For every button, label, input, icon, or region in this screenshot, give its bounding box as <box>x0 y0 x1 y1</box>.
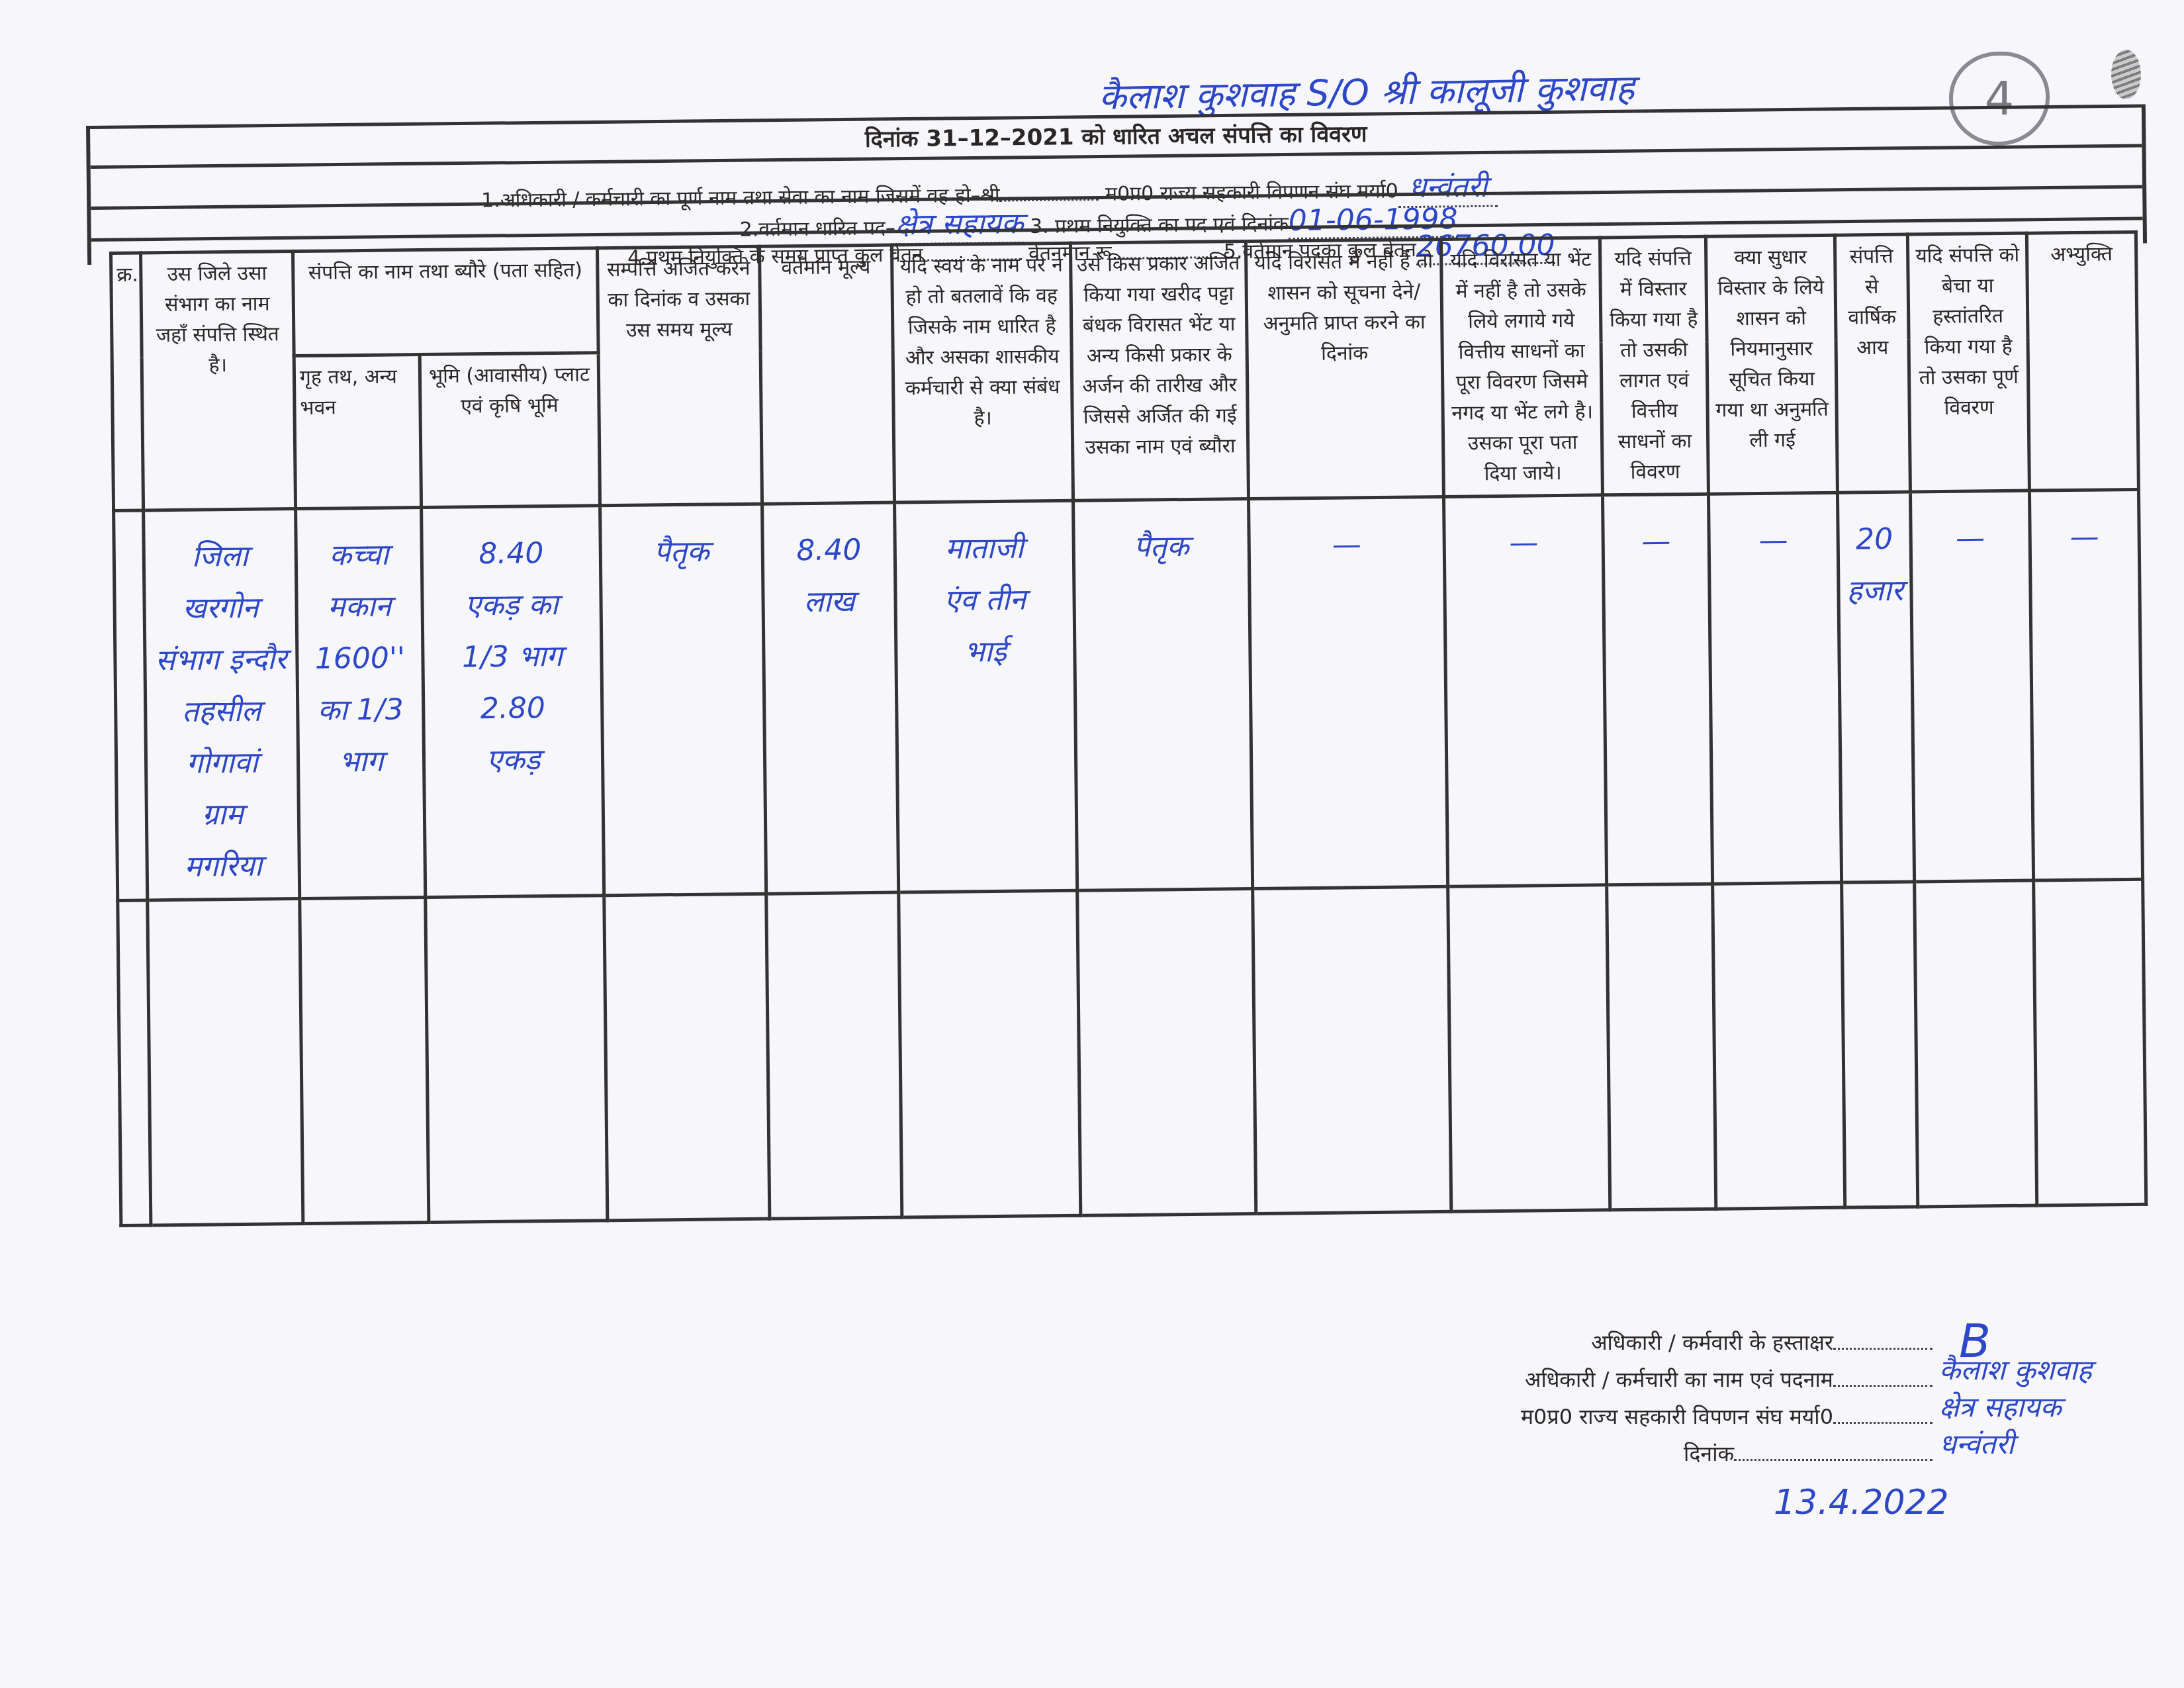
col-land: भूमि (आवासीय) प्लाट एवं कृषि भूमि <box>420 353 600 508</box>
date-label: दिनांक <box>1684 1441 1734 1466</box>
cell-permission-date[interactable]: — <box>1249 496 1448 888</box>
col-held-by: यदि स्वयं के नाम पर न हो तो बतलावें कि व… <box>891 243 1073 502</box>
empty-cell[interactable] <box>604 894 770 1221</box>
cell-sno[interactable] <box>114 510 148 900</box>
col-property-name: संपत्ति का नाम तथा ब्यौरे (पता सहित) <box>293 248 599 356</box>
empty-cell[interactable] <box>1253 886 1451 1213</box>
date-field[interactable] <box>1734 1459 1933 1461</box>
header-row: क्र. उस जिले उसा संभाग का नाम जहाँ संपत्… <box>111 232 2138 357</box>
name-designation-label: अधिकारी / कर्मचारी का नाम एवं पदनाम <box>1525 1367 1833 1392</box>
empty-cell[interactable] <box>766 892 902 1219</box>
col-improvement: क्या सुधार विस्तार के लिये शासन को नियमा… <box>1706 235 1837 494</box>
col-location: उस जिले उसा संभाग का नाम जहाँ संपत्ति स्… <box>141 252 296 510</box>
empty-cell[interactable] <box>899 890 1081 1217</box>
empty-cell[interactable] <box>148 899 303 1225</box>
cell-acquisition-mode[interactable]: पैतृक <box>1073 498 1253 890</box>
signed-date: 13.4.2022 <box>1774 1483 1949 1523</box>
col-extension: यदि संपत्ति में विस्तार किया गया है तो उ… <box>1600 236 1708 495</box>
col-financing: यदि विरासत या भेंट में नहीं है तो उसके ल… <box>1441 238 1602 496</box>
signature-block: अधिकारी / कर्मवारी के हस्ताक्षर अधिकारी … <box>1502 1324 2098 1472</box>
col-sale-details: यदि संपत्ति को बेचा या हस्तांतरित किया ग… <box>1907 233 2029 492</box>
cell-acquired-date[interactable]: पैतृक <box>600 504 766 896</box>
col-permission-date: यदि विरासत में नहीं है तो शासन को सूचना … <box>1246 239 1443 498</box>
name-designation-field[interactable] <box>1833 1385 1933 1387</box>
cell-location[interactable]: जिला खरगोन संभाग इन्दौर तहसील गोगावां ग्… <box>144 509 300 900</box>
cell-land[interactable]: 8.40 एकड़ का 1/3 भाग 2.80 एकड़ <box>422 506 604 898</box>
staple-mark <box>2111 50 2141 99</box>
empty-cell[interactable] <box>1713 882 1845 1209</box>
cell-extension[interactable]: — <box>1602 494 1712 885</box>
col-current-value: वर्तमान मूल्य <box>759 245 894 504</box>
name-value: कैलाश कुशवाह <box>1939 1352 2092 1389</box>
property-table-wrapper: क्र. उस जिले उसा संभाग का नाम जहाँ संपत्… <box>109 230 2144 1227</box>
col-acquisition-mode: उसे किस प्रकार अर्जित किया गया खरीद पट्ट… <box>1070 242 1248 501</box>
cell-current-value[interactable]: 8.40 लाख <box>762 502 899 894</box>
col-acquired-date: सम्पत्ति अर्जित करने का दिनांक व उसका उस… <box>598 246 762 506</box>
empty-cell[interactable] <box>1077 888 1256 1215</box>
col-sno: क्र. <box>111 253 144 510</box>
cell-annual-income[interactable]: 20 हजार <box>1837 492 1914 882</box>
table-row: जिला खरगोन संभाग इन्दौर तहसील गोगावां ग्… <box>114 489 2143 900</box>
table-row-empty <box>118 879 2146 1225</box>
empty-cell[interactable] <box>1607 884 1716 1210</box>
empty-cell[interactable] <box>1448 885 1610 1211</box>
empty-cell[interactable] <box>426 896 608 1223</box>
cell-financing[interactable]: — <box>1444 495 1607 886</box>
empty-cell[interactable] <box>118 900 151 1225</box>
property-table: क्र. उस जिले उसा संभाग का नाम जहाँ संपत्… <box>109 230 2148 1227</box>
signature-field[interactable] <box>1833 1348 1933 1350</box>
date-line: दिनांक धन्वंतरी <box>1502 1435 2098 1472</box>
org-sign-field[interactable] <box>1833 1422 1933 1424</box>
designation-value: क्षेत्र सहायक <box>1939 1389 2062 1426</box>
org-sign-label: म0प्र0 राज्य सहकारी विपणन संघ मर्या0 <box>1521 1404 1833 1429</box>
col-building: गृह तथ, अन्य भवन <box>294 355 421 509</box>
empty-cell[interactable] <box>2034 879 2146 1205</box>
cell-held-by[interactable]: माताजी एंव तीन भाई <box>895 500 1077 892</box>
cell-sale-details[interactable]: — <box>1910 491 2033 882</box>
cell-remarks[interactable]: — <box>2029 489 2142 880</box>
place-value: धन्वंतरी <box>1939 1426 2015 1463</box>
signature-label: अधिकारी / कर्मवारी के हस्ताक्षर <box>1591 1330 1833 1355</box>
cell-improvement[interactable]: — <box>1708 492 1841 884</box>
empty-cell[interactable] <box>1842 882 1918 1207</box>
col-annual-income: संपत्ति से वार्षिक आय <box>1835 234 1910 492</box>
cell-building[interactable]: कच्चा मकान 1600'' का 1/3 भाग <box>296 508 426 899</box>
empty-cell[interactable] <box>1915 880 2037 1207</box>
empty-cell[interactable] <box>300 898 429 1224</box>
col-remarks: अभ्युक्ति <box>2026 232 2138 491</box>
